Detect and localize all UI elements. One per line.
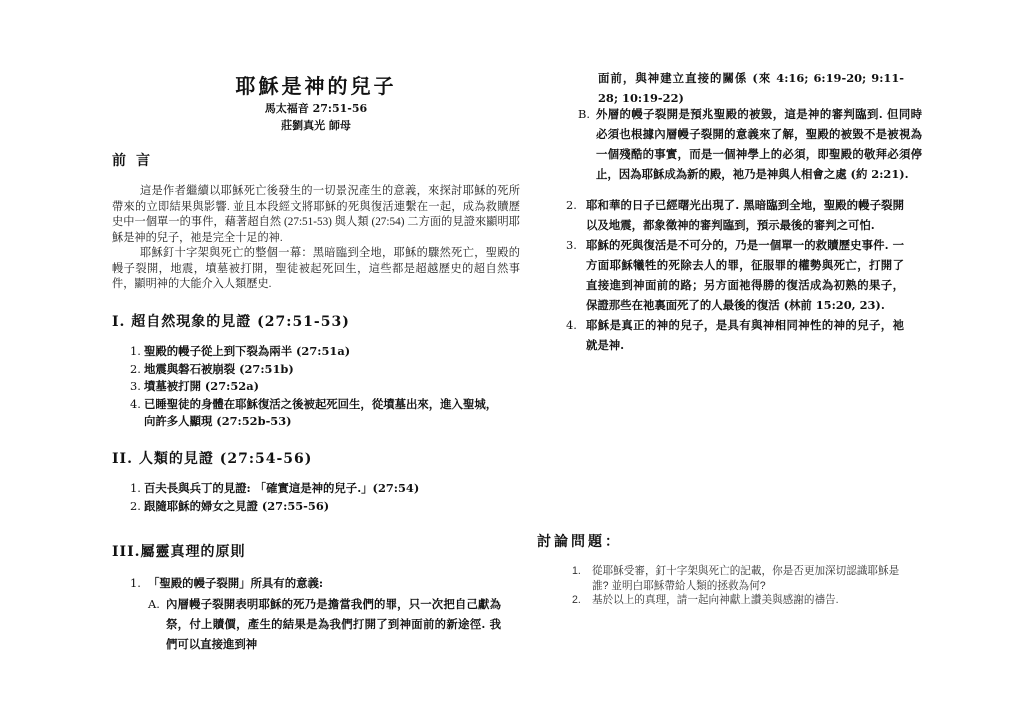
list-item: 2.地震與磐石被崩裂 (27:51b) — [130, 361, 500, 379]
section-1-heading: I. 超自然現象的見證 (27:51-53) — [112, 311, 350, 331]
list-item: 3.墳墓被打開 (27:52a) — [130, 378, 500, 396]
section-2-heading: II. 人類的見證 (27:54-56) — [112, 448, 312, 468]
list-item: 3.耶穌的死與復活是不可分的，乃是一個單一的救贖歷史事件. 一方面耶穌犧牲的死除… — [566, 235, 904, 315]
list-item: 1.從耶穌受審，釘十字架與死亡的記載，你是否更加深切認識耶穌是誰? 並明白耶穌帶… — [572, 564, 902, 593]
list-item: 4.已睡聖徒的身體在耶穌復活之後被起死回生，從墳墓出來，進入聖城，向許多人顯現 … — [130, 396, 500, 431]
list-item: 4.耶穌是真正的神的兒子，是具有與神相同神性的神的兒子，祂就是神. — [566, 315, 904, 355]
section-3-list: 2.耶和華的日子已經曙光出現了. 黑暗臨到全地，聖殿的幔子裂開以及地震，都象徵神… — [566, 195, 904, 355]
list-item: 2.基於以上的真理，請一起向神獻上讚美與感謝的禱告. — [572, 593, 902, 608]
preface-paragraph-1: 這是作者繼續以耶穌死亡後發生的一切景況產生的意義，來探討耶穌的死所帶來的立即結果… — [112, 184, 520, 246]
list-item: 2.跟隨耶穌的婦女之見證 (27:55-56) — [130, 498, 510, 516]
discussion-heading: 討論問題： — [537, 531, 622, 551]
section-3-item-1: 1.「聖殿的幔子裂開」所具有的意義: — [130, 575, 528, 593]
list-item: 2.耶和華的日子已經曙光出現了. 黑暗臨到全地，聖殿的幔子裂開以及地震，都象徵神… — [566, 195, 904, 235]
document-title: 耶穌是神的兒子 — [112, 70, 520, 99]
section-3-subitem-a: A.內層幔子裂開表明耶穌的死乃是擔當我們的罪，只一次把自己獻為祭，付上贖價，產生… — [148, 594, 501, 654]
preface-paragraph-2: 耶穌釘十字架與死亡的整個一幕：黑暗臨到全地，耶穌的驟然死亡，聖殿的幔子裂開，地震… — [112, 246, 520, 293]
scripture-reference: 馬太福音 27:51-56 — [112, 100, 520, 116]
section-3-subitem-b: B.外層的幔子裂開是預兆聖殿的被毀，這是神的審判臨到. 但同時必須也根據內層幔子… — [578, 104, 922, 184]
section-3-subitem-a-continued: 面前，與神建立直接的關係 (來 4:16; 6:19-20; 9:11-28; … — [598, 68, 904, 108]
list-item: 1.百夫長與兵丁的見證: 「確實這是神的兒子.」(27:54) — [130, 480, 510, 498]
section-3-heading: III.屬靈真理的原則 — [112, 541, 246, 561]
section-2-list: 1.百夫長與兵丁的見證: 「確實這是神的兒子.」(27:54) 2.跟隨耶穌的婦… — [130, 480, 510, 515]
author: 莊劉真光 師母 — [112, 117, 520, 133]
preface-heading: 前言 — [112, 150, 160, 170]
list-item: 1.聖殿的幔子從上到下裂為兩半 (27:51a) — [130, 343, 500, 361]
section-1-list: 1.聖殿的幔子從上到下裂為兩半 (27:51a) 2.地震與磐石被崩裂 (27:… — [130, 343, 500, 431]
discussion-list: 1.從耶穌受審，釘十字架與死亡的記載，你是否更加深切認識耶穌是誰? 並明白耶穌帶… — [572, 564, 902, 608]
